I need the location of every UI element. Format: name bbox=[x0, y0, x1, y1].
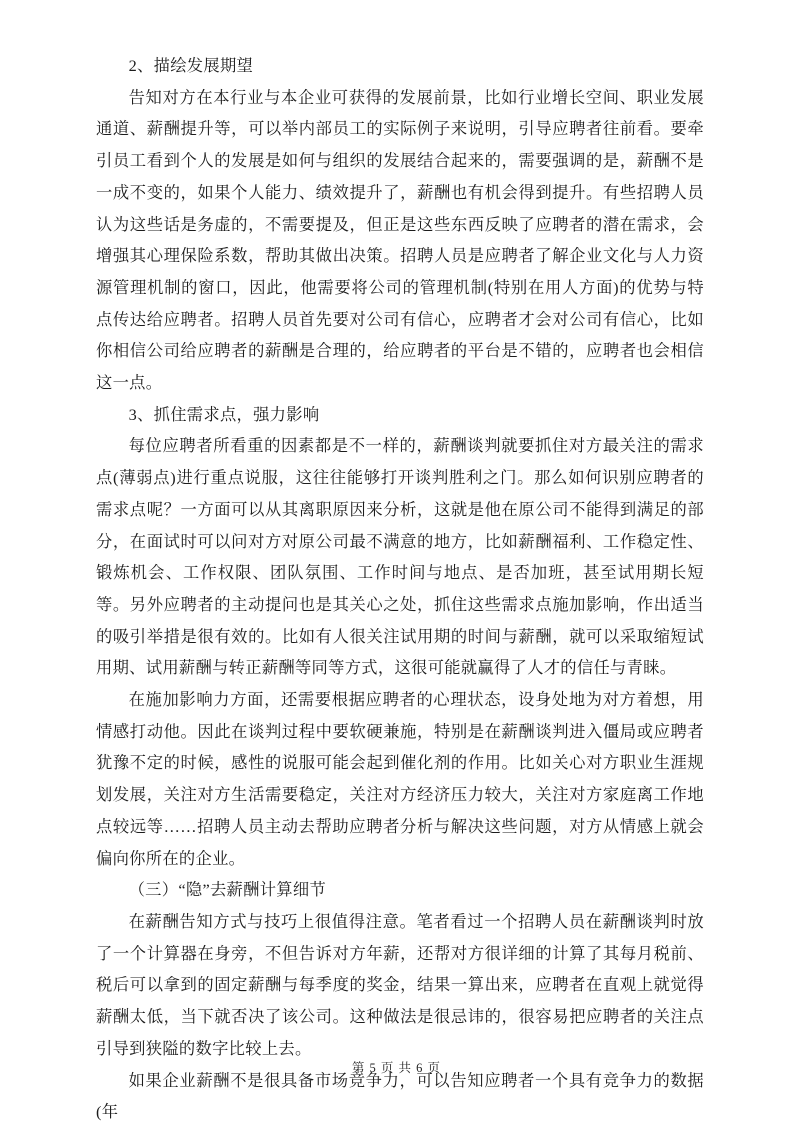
paragraph: 每位应聘者所看重的因素都是不一样的，薪酬谈判就要抓住对方最关注的需求点(薄弱点)… bbox=[96, 430, 704, 684]
section-heading: 2、描绘发展期望 bbox=[96, 50, 704, 82]
paragraph: 在薪酬告知方式与技巧上很值得注意。笔者看过一个招聘人员在薪酬谈判时放了一个计算器… bbox=[96, 906, 704, 1065]
paragraph: 在施加影响力方面，还需要根据应聘者的心理状态，设身处地为对方着想，用情感打动他。… bbox=[96, 684, 704, 874]
document-body: 2、描绘发展期望告知对方在本行业与本企业可获得的发展前景，比如行业增长空间、职业… bbox=[96, 50, 704, 1122]
document-page: 2、描绘发展期望告知对方在本行业与本企业可获得的发展前景，比如行业增长空间、职业… bbox=[0, 0, 793, 1122]
section-heading: （三）“隐”去薪酬计算细节 bbox=[96, 874, 704, 906]
section-heading: 3、抓住需求点，强力影响 bbox=[96, 399, 704, 431]
page-footer: 第 5 页 共 6 页 bbox=[0, 1058, 793, 1076]
paragraph: 告知对方在本行业与本企业可获得的发展前景，比如行业增长空间、职业发展通道、薪酬提… bbox=[96, 82, 704, 399]
